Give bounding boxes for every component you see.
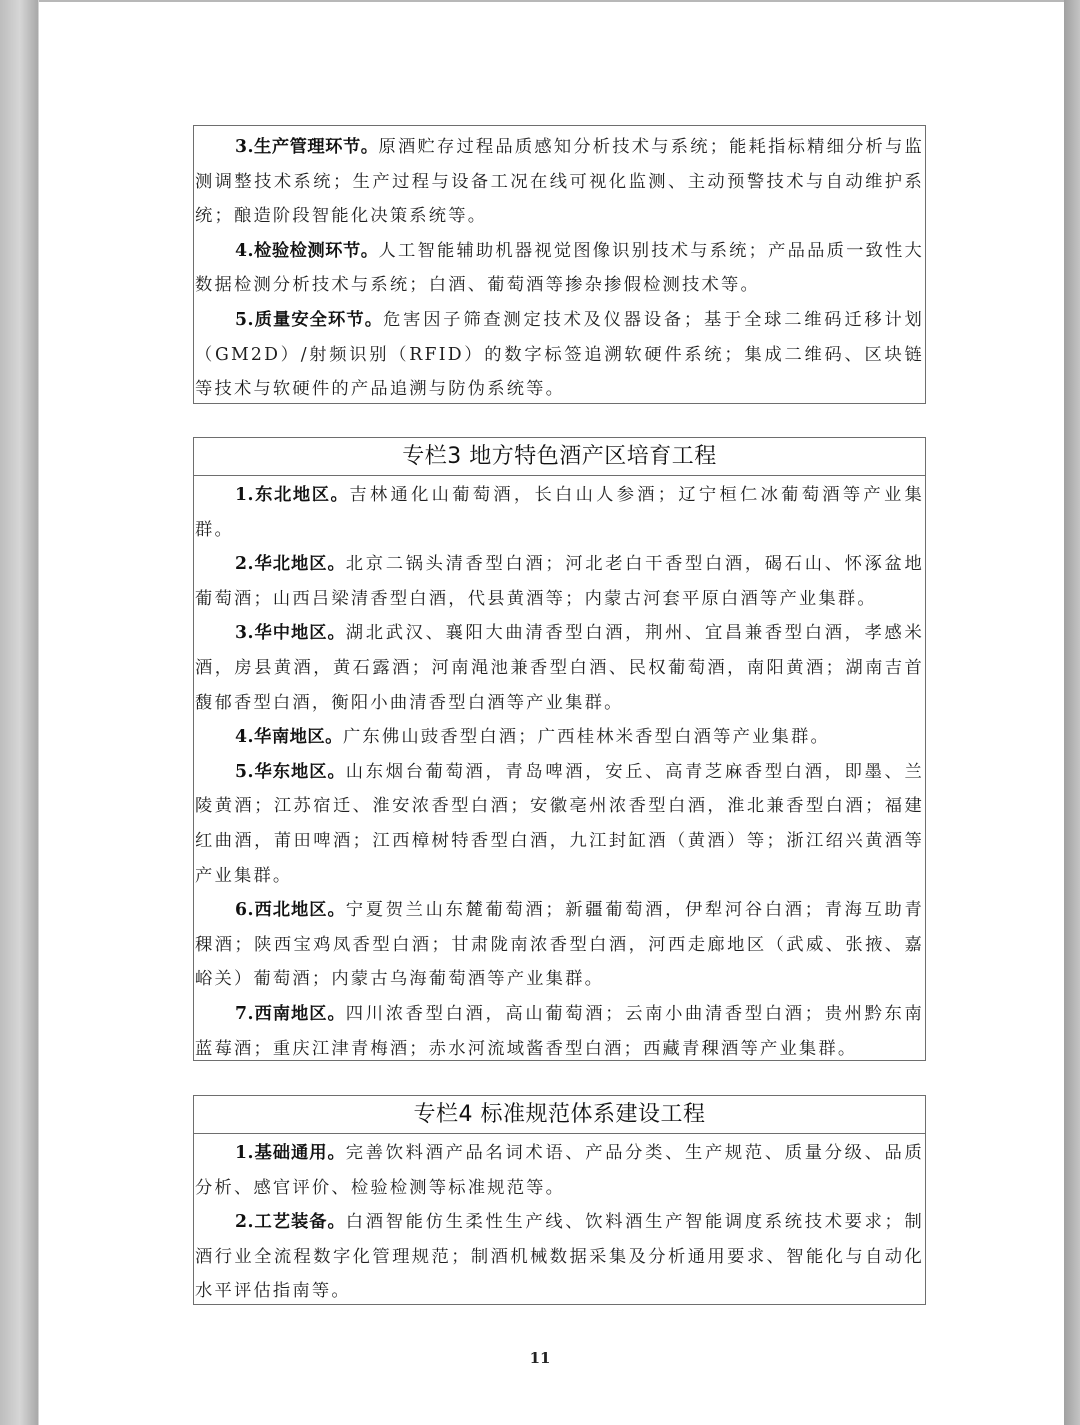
paragraph: 5.华东地区。山东烟台葡萄酒，青岛啤酒，安丘、高青芝麻香型白酒，即墨、兰陵黄酒；… xyxy=(194,755,925,893)
column-box-3: 专栏3 地方特色酒产区培育工程 1.东北地区。吉林通化山葡萄酒，长白山人参酒；辽… xyxy=(193,437,926,1061)
paragraph-lead: 7.西南地区。 xyxy=(235,1004,346,1024)
paragraph-lead: 1.基础通用。 xyxy=(235,1143,346,1163)
paragraph: 1.基础通用。完善饮料酒产品名词术语、产品分类、生产规范、质量分级、品质分析、感… xyxy=(194,1136,925,1205)
paragraph: 2.华北地区。北京二锅头清香型白酒；河北老白干香型白酒，碣石山、怀涿盆地葡萄酒；… xyxy=(194,547,925,616)
paragraph-text: 广东佛山豉香型白酒；广西桂林米香型白酒等产业集群。 xyxy=(343,727,830,747)
page-number: 11 xyxy=(0,1349,1080,1367)
paragraph: 3.华中地区。湖北武汉、襄阳大曲清香型白酒，荆州、宜昌兼香型白酒，孝感米酒，房县… xyxy=(194,616,925,720)
paragraph-lead: 6.西北地区。 xyxy=(235,900,346,920)
paragraph: 6.西北地区。宁夏贺兰山东麓葡萄酒；新疆葡萄酒，伊犁河谷白酒；青海互助青稞酒；陕… xyxy=(194,893,925,997)
paragraph-lead: 3.华中地区。 xyxy=(235,623,346,643)
paragraph-lead: 2.华北地区。 xyxy=(235,554,346,574)
paragraph-lead: 4.华南地区。 xyxy=(235,727,343,747)
column-box-continued: 3.生产管理环节。原酒贮存过程品质感知分析技术与系统；能耗指标精细分析与监测调整… xyxy=(193,125,926,404)
column-box-title: 专栏4 标准规范体系建设工程 xyxy=(194,1096,925,1134)
paragraph-lead: 1.东北地区。 xyxy=(235,485,349,505)
paragraph: 4.华南地区。广东佛山豉香型白酒；广西桂林米香型白酒等产业集群。 xyxy=(194,720,925,755)
paragraph-lead: 2.工艺装备。 xyxy=(235,1212,346,1232)
column-box-title: 专栏3 地方特色酒产区培育工程 xyxy=(194,438,925,476)
paragraph: 7.西南地区。四川浓香型白酒，高山葡萄酒；云南小曲清香型白酒；贵州黔东南蓝莓酒；… xyxy=(194,997,925,1066)
paragraph-lead: 5.质量安全环节。 xyxy=(235,310,383,330)
paragraph-lead: 3.生产管理环节。 xyxy=(235,137,379,157)
paragraph: 4.检验检测环节。人工智能辅助机器视觉图像识别技术与系统；产品品质一致性大数据检… xyxy=(194,234,925,303)
paragraph: 2.工艺装备。白酒智能仿生柔性生产线、饮料酒生产智能调度系统技术要求；制酒行业全… xyxy=(194,1205,925,1309)
paragraph: 1.东北地区。吉林通化山葡萄酒，长白山人参酒；辽宁桓仁冰葡萄酒等产业集群。 xyxy=(194,478,925,547)
paragraph: 5.质量安全环节。危害因子筛查测定技术及仪器设备；基于全球二维码迁移计划（GM2… xyxy=(194,303,925,407)
column-box-4: 专栏4 标准规范体系建设工程 1.基础通用。完善饮料酒产品名词术语、产品分类、生… xyxy=(193,1095,926,1305)
paragraph: 3.生产管理环节。原酒贮存过程品质感知分析技术与系统；能耗指标精细分析与监测调整… xyxy=(194,130,925,234)
paragraph-lead: 4.检验检测环节。 xyxy=(235,241,379,261)
paragraph-lead: 5.华东地区。 xyxy=(235,762,346,782)
